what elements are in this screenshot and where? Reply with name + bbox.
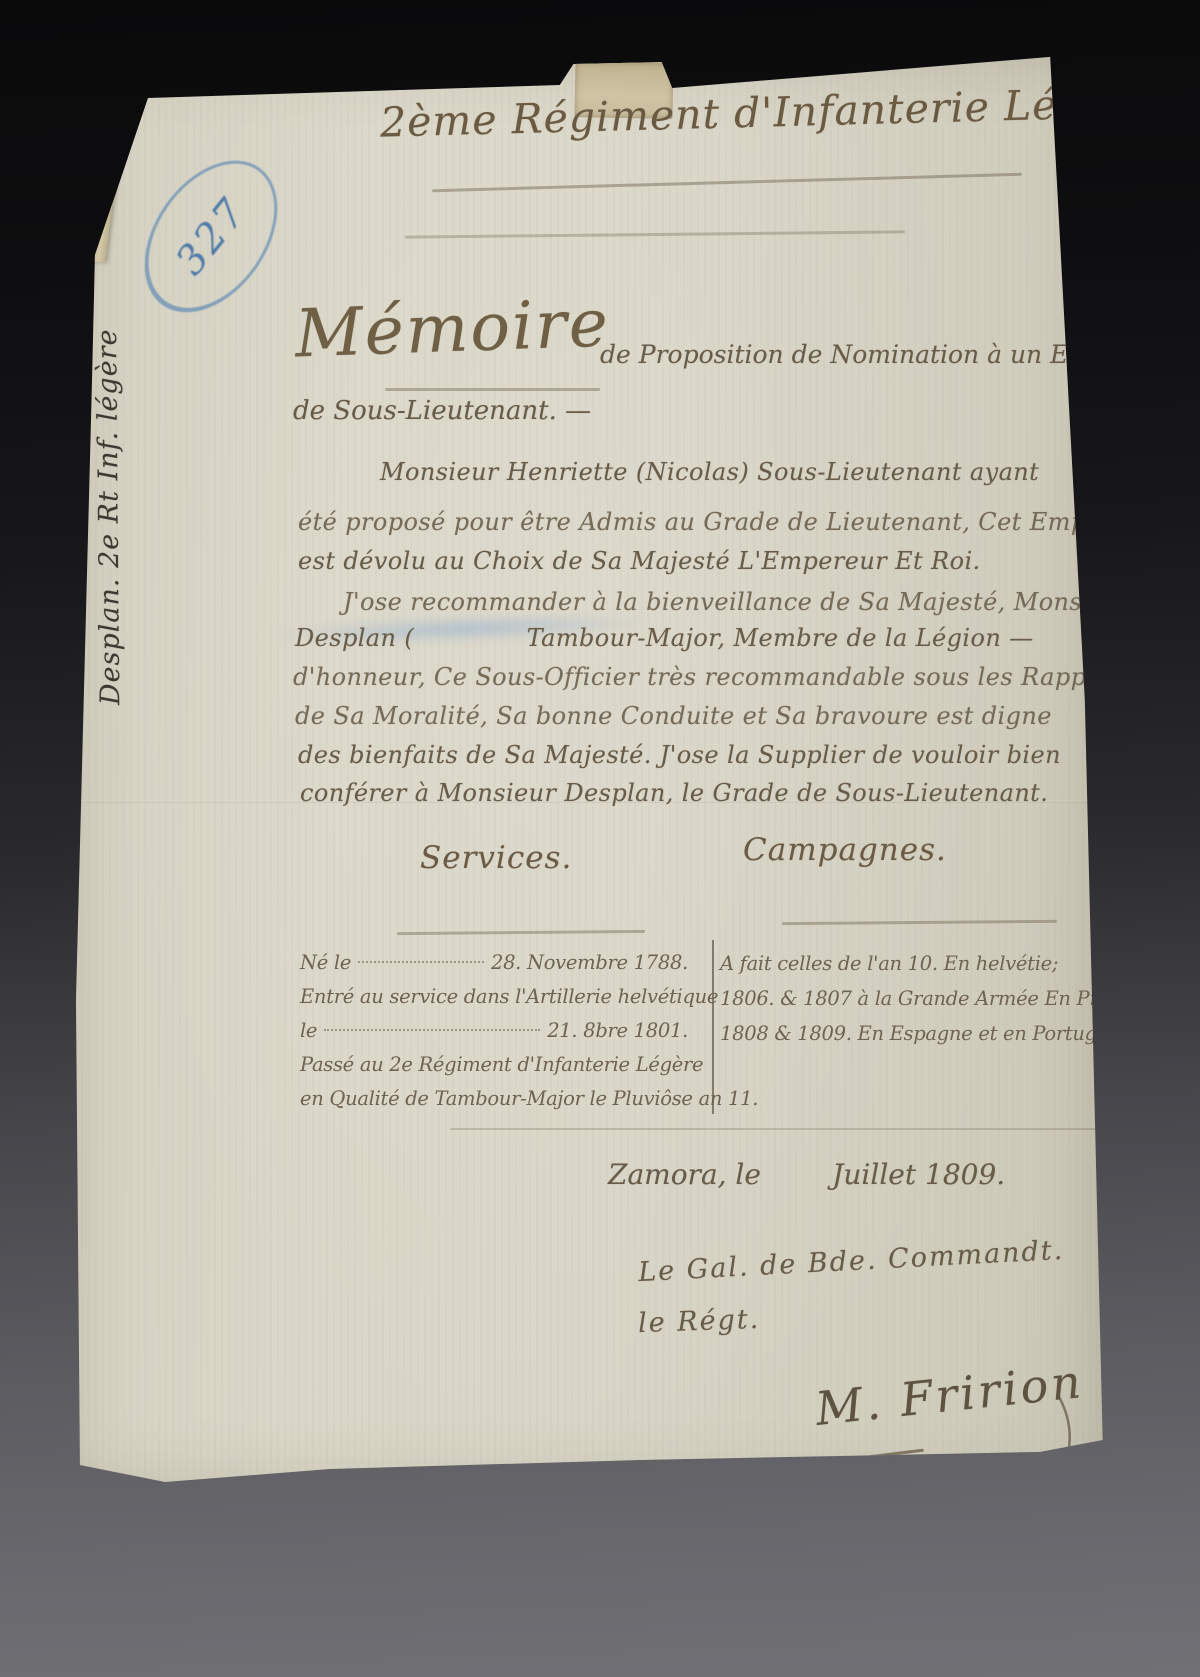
- service-entry: le 21. 8bre 1801.: [300, 1014, 688, 1048]
- memoire-underline: [385, 388, 600, 391]
- signature-flourish: [800, 1355, 1100, 1565]
- service-entry-label: Né le: [300, 946, 351, 980]
- registry-stamp: 327: [117, 136, 304, 337]
- photograph-background: 327 Desplan. 2e Rt Inf. légère 2ème Régi…: [0, 0, 1200, 1677]
- service-entry-value: 28. Novembre 1788.: [491, 946, 688, 980]
- signature-paraph-line: [872, 1459, 916, 1467]
- body-line: d'honneur, Ce Sous-Officier très recomma…: [293, 663, 1136, 691]
- services-column: Né le 28. Novembre 1788. Entré au servic…: [300, 946, 688, 1116]
- body-line: Desplan ( Tambour-Major, Membre de la Lé…: [295, 624, 1034, 652]
- margin-annotation: Desplan. 2e Rt Inf. légère: [91, 185, 140, 705]
- memoire-heading-word: Mémoire: [294, 285, 611, 373]
- closing-line: le Régt.: [637, 1304, 760, 1339]
- campagnes-column: A fait celles de l'an 10. En helvétie; 1…: [720, 946, 1080, 1051]
- document-title: 2ème Régiment d'Infanterie Légère.: [379, 81, 1040, 146]
- body-line: J'ose recommander à la bienveillance de …: [343, 588, 1133, 616]
- service-entry-value: 21. 8bre 1801.: [547, 1014, 688, 1048]
- dotted-leader: [324, 1029, 540, 1031]
- memoire-heading-line2: de Sous-Lieutenant. —: [293, 396, 591, 426]
- body-line: des bienfaits de Sa Majesté. J'ose la Su…: [298, 741, 1061, 769]
- campaign-entry: 1806. & 1807 à la Grande Armée En Prusse: [720, 981, 1080, 1016]
- manuscript-page: 327 Desplan. 2e Rt Inf. légère 2ème Régi…: [60, 50, 1110, 1495]
- body-line: été proposé pour être Admis au Grade de …: [298, 508, 1118, 536]
- title-separator-rule: [405, 230, 905, 238]
- table-bottom-rule: [450, 1128, 1105, 1130]
- services-header-rule: [397, 930, 645, 935]
- memoire-heading-continuation: de Proposition de Nomination à un Emploi: [600, 340, 1139, 369]
- body-line: Monsieur Henriette (Nicolas) Sous-Lieute…: [380, 458, 1039, 486]
- body-line: est dévolu au Choix de Sa Majesté L'Empe…: [298, 547, 981, 575]
- services-header: Services.: [420, 840, 572, 876]
- service-entry: Passé au 2e Régiment d'Infanterie Légère: [300, 1048, 688, 1082]
- service-entry-label: le: [300, 1014, 317, 1048]
- campagnes-header-rule: [782, 920, 1057, 925]
- title-underline: [432, 173, 1022, 192]
- dateline: Zamora, le Juillet 1809.: [608, 1158, 1005, 1191]
- campaign-entry: 1808 & 1809. En Espagne et en Portugal.: [720, 1016, 1080, 1051]
- registry-stamp-number: 327: [167, 188, 256, 283]
- campagnes-header: Campagnes.: [743, 832, 947, 868]
- body-line: conférer à Monsieur Desplan, le Grade de…: [300, 779, 1048, 807]
- body-line: de Sa Moralité, Sa bonne Conduite et Sa …: [295, 702, 1052, 730]
- service-entry: Né le 28. Novembre 1788.: [300, 946, 688, 980]
- service-entry: Entré au service dans l'Artillerie helvé…: [300, 980, 688, 1014]
- campaign-entry: A fait celles de l'an 10. En helvétie;: [720, 946, 1080, 981]
- dotted-leader: [358, 961, 484, 963]
- closing-line: Le Gal. de Bde. Commandt.: [637, 1235, 1064, 1288]
- service-entry: en Qualité de Tambour-Major le Pluviôse …: [300, 1082, 688, 1116]
